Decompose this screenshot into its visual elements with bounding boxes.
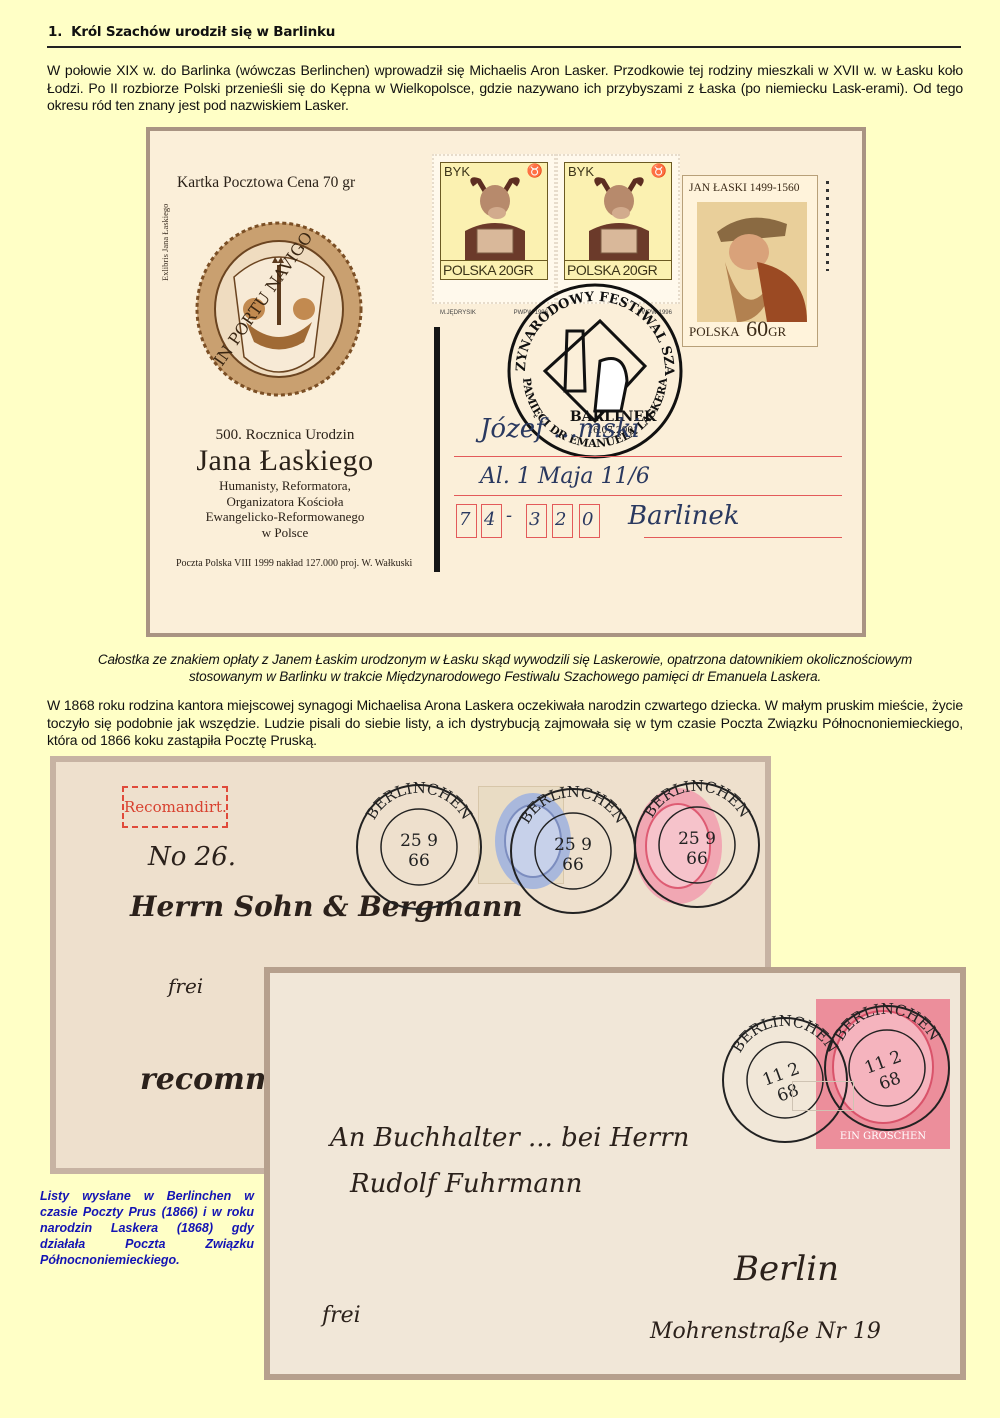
- section-heading: 1. Król Szachów urodził się w Barlinku: [48, 24, 960, 40]
- svg-text:25 9: 25 9: [554, 835, 592, 855]
- envelope-address-line1: An Buchhalter ... bei Herrn: [330, 1123, 689, 1153]
- envelope-note: frei: [168, 974, 203, 998]
- second-paragraph: W 1868 roku rodzina kantora miejscowej s…: [47, 697, 963, 750]
- envelope-number: No 26.: [148, 842, 236, 872]
- faint-box: [792, 1081, 854, 1111]
- svg-text:66: 66: [686, 849, 708, 869]
- envelope-1868-image: EIN GROSCHEN BERLINCHEN 11 2 68 BERLINCH…: [264, 967, 966, 1380]
- envelope-address-line2: Rudolf Fuhrmann: [350, 1169, 582, 1199]
- section-title: Król Szachów urodził się w Barlinku: [71, 24, 335, 40]
- address-street: Al. 1 Maja 11/6: [480, 464, 650, 489]
- postcard-credits: Poczta Polska VIII 1999 nakład 127.000 p…: [176, 558, 412, 569]
- postcard-image: Kartka Pocztowa Cena 70 gr Exlibris Jana…: [146, 127, 866, 637]
- envelopes-caption: Listy wysłane w Berlinchen w czasie Pocz…: [40, 1188, 254, 1268]
- postcard-title: Kartka Pocztowa Cena 70 gr: [177, 174, 355, 192]
- bull-icon: [579, 177, 659, 261]
- envelope-note: frei: [322, 1303, 361, 1328]
- exlibris-emblem-icon: IN PORTU NAVIGO: [194, 217, 364, 397]
- section-number: 1.: [48, 24, 62, 40]
- intro-paragraph: W połowie XIX w. do Barlinka (wówczas Be…: [47, 62, 963, 115]
- envelope-city: Berlin: [734, 1249, 839, 1289]
- postcard-caption: Całostka ze znakiem opłaty z Janem Łaski…: [60, 651, 950, 685]
- bull-icon: [455, 177, 535, 261]
- envelope-street: Mohrenstraße Nr 19: [650, 1319, 881, 1344]
- svg-text:66: 66: [408, 851, 430, 871]
- svg-text:25 9: 25 9: [678, 829, 716, 849]
- svg-text:25 9: 25 9: [400, 831, 438, 851]
- svg-text:BERLINCHEN: BERLINCHEN: [830, 1001, 944, 1044]
- postmark-berlinchen-3: BERLINCHEN 25 9 66: [630, 778, 764, 912]
- address-city: Barlinek: [628, 501, 740, 531]
- postmark-berlinchen-1868-2: BERLINCHEN 11 2 68: [820, 1001, 954, 1135]
- postcard-exlibris: Exlibris Jana Łaskiego: [160, 204, 170, 281]
- address-name: Józef ...mski: [480, 414, 640, 444]
- postcard-divider-bar: [434, 327, 440, 572]
- postmark-berlinchen-2: BERLINCHEN 25 9 66: [506, 784, 640, 918]
- postcard-anniversary-text: 500. Rocznica Urodzin Jana Łaskiego Huma…: [160, 427, 410, 540]
- svg-text:66: 66: [562, 855, 584, 875]
- svg-text:BERLINCHEN: BERLINCHEN: [516, 784, 630, 827]
- heading-rule: [47, 46, 961, 48]
- svg-text:BERLINCHEN: BERLINCHEN: [640, 778, 754, 821]
- perforation-dots: [826, 181, 829, 271]
- stamp-jan-laski: JAN ŁASKI 1499-1560 POLSKA 60GR: [682, 175, 818, 347]
- registered-label: Recomandirt.: [122, 786, 228, 828]
- svg-text:BERLINCHEN: BERLINCHEN: [362, 780, 476, 823]
- portrait-icon: [697, 202, 807, 322]
- postmark-berlinchen-1: BERLINCHEN 25 9 66: [352, 780, 486, 914]
